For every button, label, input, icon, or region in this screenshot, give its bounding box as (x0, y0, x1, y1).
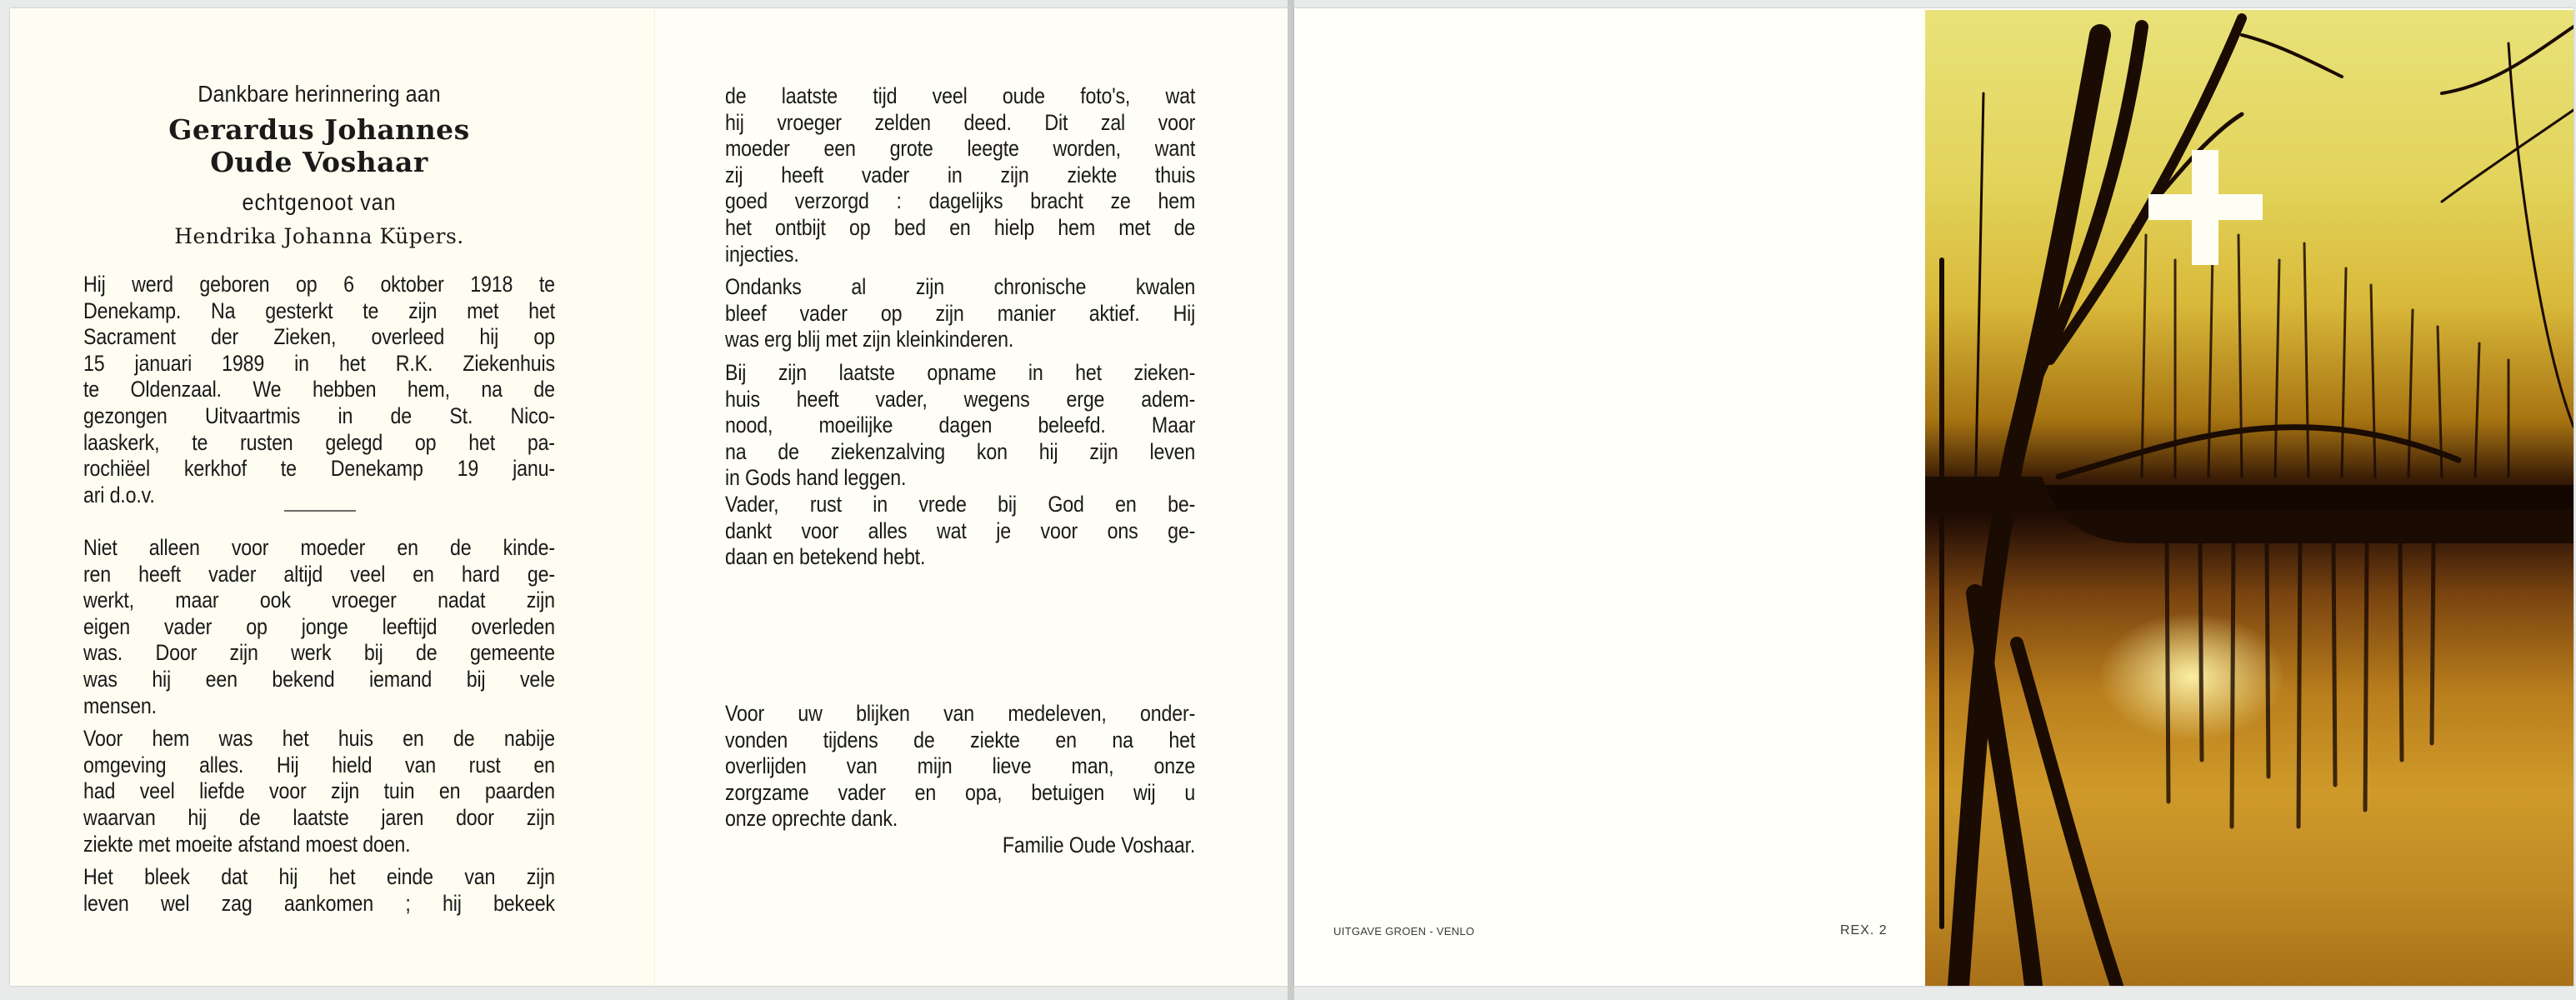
cross-icon-bar (2148, 194, 2263, 220)
text-line: Hij werd geboren op 6 oktober 1918 te (83, 272, 555, 298)
publisher-imprint: UITGAVE GROEN - VENLO (1333, 925, 1474, 937)
text-line: moeder een grote leegte worden, want (725, 136, 1195, 162)
text-line: had veel liefde voor zijn tuin en paarde… (83, 778, 555, 805)
intro-text: Dankbare herinnering aan (107, 80, 531, 108)
card-heading: Dankbare herinnering aan Gerardus Johann… (83, 80, 555, 252)
panel1-column-bottom: Niet alleen voor moeder en de kinde-ren … (83, 535, 632, 923)
background-gap (1288, 0, 1294, 1000)
panel2-column: de laatste tijd veel oude foto's, wathij… (725, 83, 1272, 577)
farewell-paragraph: Vader, rust in vrede bij God en be-dankt… (725, 492, 1195, 571)
text-line: zij heeft vader in zijn ziekte thuis (725, 162, 1195, 189)
text-line: injecties. (725, 242, 1195, 268)
text-line: Vader, rust in vrede bij God en be- (725, 492, 1195, 518)
text-line: vonden tijdens de ziekte en na het (725, 727, 1195, 754)
signature: Familie Oude Voshaar. (725, 832, 1195, 859)
biography-paragraph: Hij werd geboren op 6 oktober 1918 teDen… (83, 272, 555, 508)
text-line: gezongen Uitvaartmis in de St. Nico- (83, 403, 555, 430)
text-line: omgeving alles. Hij hield van rust en (83, 752, 555, 779)
text-line: eigen vader op jonge leeftijd overleden (83, 614, 555, 641)
text-line: in Gods hand leggen. (725, 465, 1195, 492)
text-line: Bij zijn laatste opname in het zieken- (725, 360, 1195, 387)
text-line: bleef vader op zijn manier aktief. Hij (725, 301, 1195, 327)
thanks-column: Voor uw blijken van medeleven, onder-von… (725, 701, 1272, 859)
print-code: REX. 2 (1840, 923, 1888, 938)
text-line: te Oldenzaal. We hebben hem, na de (83, 377, 555, 403)
home-paragraph: Voor hem was het huis en de nabijeomgevi… (83, 726, 555, 857)
end-paragraph: Het bleek dat hij het einde van zijnleve… (83, 864, 555, 917)
text-line: ari d.o.v. (83, 482, 555, 509)
sunset-photo (1925, 10, 2573, 986)
text-line: het ontbijt op bed en hielp hem met de (725, 215, 1195, 242)
text-line: Ondanks al zijn chronische kwalen (725, 274, 1195, 301)
text-line: goed verzorgd : dagelijks bracht ze hem (725, 188, 1195, 215)
text-line: was erg blij met zijn kleinkinderen. (725, 327, 1195, 353)
deceased-name-line2: Oude Voshaar (83, 146, 555, 178)
text-line: ziekte met moeite afstand moest doen. (83, 832, 555, 858)
spouse-name: Hendrika Johanna Küpers. (83, 222, 555, 252)
text-line: de laatste tijd veel oude foto's, wat (725, 83, 1195, 110)
text-line: Het bleek dat hij het einde van zijn (83, 864, 555, 891)
panel1-column-top: Hij werd geboren op 6 oktober 1918 teDen… (83, 272, 632, 508)
thanks-paragraph: Voor uw blijken van medeleven, onder-von… (725, 701, 1195, 832)
text-line: hij vroeger zelden deed. Dit zal voor (725, 110, 1195, 137)
hospital-paragraph: Bij zijn laatste opname in het zieken-hu… (725, 360, 1195, 492)
text-line: werkt, maar ook vroeger nadat zijn (83, 587, 555, 614)
text-line: Voor uw blijken van medeleven, onder- (725, 701, 1195, 727)
text-line: daan en betekend hebt. (725, 544, 1195, 571)
text-line: mensen. (83, 693, 555, 720)
text-line: overlijden van mijn lieve man, onze (725, 753, 1195, 780)
text-line: was. Door zijn werk bij de gemeente (83, 640, 555, 667)
tree-silhouettes (1925, 10, 2573, 986)
text-line: leven wel zag aankomen ; hij bekeek (83, 891, 555, 917)
text-line: Voor hem was het huis en de nabije (83, 726, 555, 752)
text-line: zorgzame vader en opa, betuigen wij u (725, 780, 1195, 807)
text-line: na de ziekenzalving kon hij zijn leven (725, 439, 1195, 466)
photos-paragraph: de laatste tijd veel oude foto's, wathij… (725, 83, 1195, 267)
text-line: Denekamp. Na gesterkt te zijn met het (83, 298, 555, 325)
illness-paragraph: Ondanks al zijn chronische kwalenbleef v… (725, 274, 1195, 353)
work-paragraph: Niet alleen voor moeder en de kinde-ren … (83, 535, 555, 719)
deceased-name-line1: Gerardus Johannes (83, 113, 555, 146)
text-line: was hij een bekend iemand bij vele (83, 667, 555, 693)
text-line: nood, moeilijke dagen beleefd. Maar (725, 412, 1195, 439)
text-line: rochiëel kerkhof te Denekamp 19 janu- (83, 456, 555, 482)
text-line: huis heeft vader, wegens erge adem- (725, 387, 1195, 413)
text-line: laaskerk, te rusten gelegd op het pa- (83, 430, 555, 457)
text-line: waarvan hij de laatste jaren door zijn (83, 805, 555, 832)
text-line: Sacrament der Zieken, overleed hij op (83, 324, 555, 351)
text-line: ren heeft vader altijd veel en hard ge- (83, 562, 555, 588)
text-line: onze oprechte dank. (725, 806, 1195, 832)
text-line: Niet alleen voor moeder en de kinde- (83, 535, 555, 562)
text-line: dankt voor alles wat je voor ons ge- (725, 518, 1195, 545)
text-line: 15 januari 1989 in het R.K. Ziekenhuis (83, 351, 555, 377)
spouse-label: echtgenoot van (107, 188, 531, 217)
divider-line (284, 510, 356, 512)
